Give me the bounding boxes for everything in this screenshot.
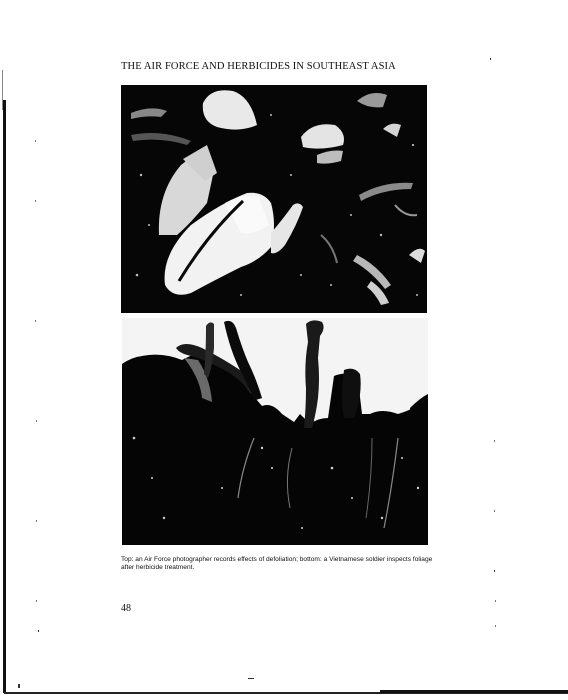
figure-caption: Top: an Air Force photographer records e… — [121, 556, 433, 572]
scan-speck — [36, 520, 37, 522]
figure-bottom-photo — [122, 318, 428, 545]
scan-speck — [494, 440, 495, 442]
scan-bottom-border-thick — [380, 690, 568, 693]
photographer-photo-image — [121, 85, 427, 313]
scan-speck — [490, 58, 491, 60]
scan-left-border — [3, 100, 6, 693]
scan-speck — [36, 600, 37, 602]
scan-speck — [494, 570, 495, 572]
running-head: THE AIR FORCE AND HERBICIDES IN SOUTHEAS… — [121, 61, 396, 72]
scan-speck — [35, 320, 36, 322]
scan-speck — [35, 140, 36, 142]
scan-speck — [494, 510, 495, 512]
scan-speck — [38, 630, 39, 632]
scan-speck — [36, 420, 37, 422]
scan-speck — [35, 200, 36, 202]
scan-speck — [495, 600, 496, 602]
scan-speck — [248, 678, 254, 679]
scan-speck — [495, 625, 496, 627]
scan-speck — [18, 684, 20, 688]
figure-top-photo — [121, 85, 427, 313]
defoliated-vegetation-photo-image — [122, 318, 428, 545]
page-number: 48 — [121, 603, 131, 614]
